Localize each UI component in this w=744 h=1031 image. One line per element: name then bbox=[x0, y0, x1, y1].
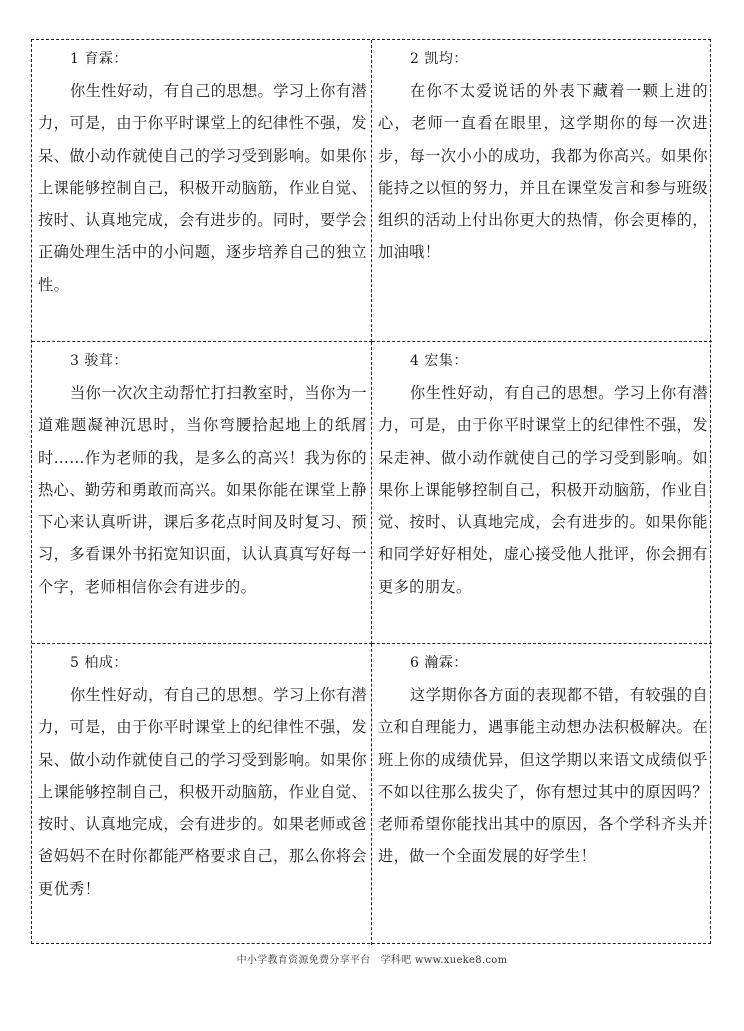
comment-text: 你生性好动，有自己的思想。学习上你有潜力，可是，由于你平时课堂上的纪律性不强，发… bbox=[38, 679, 367, 905]
student-name: 5 柏成： bbox=[38, 647, 367, 679]
comment-cell-1: 1 育霖： 你生性好动，有自己的思想。学习上你有潜力，可是，由于你平时课堂上的纪… bbox=[32, 40, 372, 342]
student-name: 2 凯均： bbox=[378, 43, 708, 75]
comment-cell-4: 4 宏集： 你生性好动，有自己的思想。学习上你有潜力，可是，由于你平时课堂上的纪… bbox=[372, 342, 712, 644]
comment-text: 这学期你各方面的表现都不错，有较强的自立和自理能力，遇事能主动想办法积极解决。在… bbox=[378, 679, 708, 873]
page-footer: 中小学教育资源免费分享平台学科吧 www.xueke8.com bbox=[0, 951, 744, 966]
comment-cell-5: 5 柏成： 你生性好动，有自己的思想。学习上你有潜力，可是，由于你平时课堂上的纪… bbox=[32, 644, 372, 945]
footer-site: 学科吧 www.xueke8.com bbox=[381, 955, 508, 966]
footer-platform: 中小学教育资源免费分享平台 bbox=[237, 955, 371, 966]
student-name: 3 骏茸： bbox=[38, 345, 367, 377]
comment-cell-2: 2 凯均： 在你不太爱说话的外表下藏着一颗上进的心，老师一直看在眼里，这学期你的… bbox=[372, 40, 712, 342]
comment-text: 你生性好动，有自己的思想。学习上你有潜力，可是，由于你平时课堂上的纪律性不强，发… bbox=[378, 377, 708, 603]
comment-cell-6: 6 瀚霖： 这学期你各方面的表现都不错，有较强的自立和自理能力，遇事能主动想办法… bbox=[372, 644, 712, 945]
comment-text: 你生性好动，有自己的思想。学习上你有潜力，可是，由于你平时课堂上的纪律性不强，发… bbox=[38, 75, 367, 301]
student-name: 6 瀚霖： bbox=[378, 647, 708, 679]
student-name: 4 宏集： bbox=[378, 345, 708, 377]
comment-text: 当你一次次主动帮忙打扫教室时，当你为一道难题凝神沉思时，当你弯腰拾起地上的纸屑时… bbox=[38, 377, 367, 603]
student-name: 1 育霖： bbox=[38, 43, 367, 75]
comment-cell-3: 3 骏茸： 当你一次次主动帮忙打扫教室时，当你为一道难题凝神沉思时，当你弯腰拾起… bbox=[32, 342, 372, 644]
comments-table: 1 育霖： 你生性好动，有自己的思想。学习上你有潜力，可是，由于你平时课堂上的纪… bbox=[31, 39, 711, 944]
comment-text: 在你不太爱说话的外表下藏着一颗上进的心，老师一直看在眼里，这学期你的每一次进步，… bbox=[378, 75, 708, 269]
